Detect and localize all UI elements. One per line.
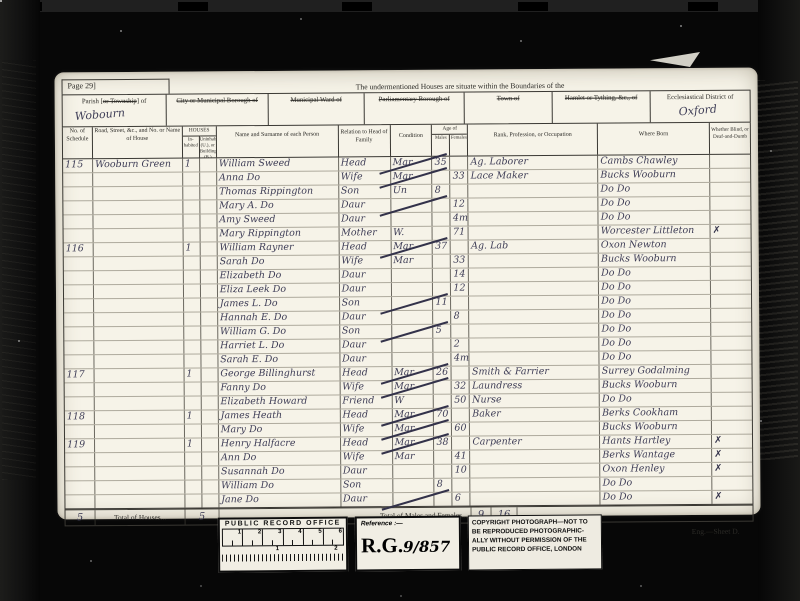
column-age-title: Age of: [432, 125, 467, 135]
cell-born: Do Do: [598, 183, 710, 197]
cell-uninhabited: [200, 228, 217, 241]
cell-occupation: [470, 310, 600, 324]
cell-blind: [711, 239, 751, 252]
cell-age-male: 38: [434, 437, 452, 450]
cell-relation: Daur: [341, 493, 393, 506]
cell-born: Do Do: [599, 281, 711, 295]
cell-blind: [710, 155, 750, 168]
ruler-number: 2: [334, 546, 337, 552]
cell-occupation: [469, 226, 599, 240]
cell-inhabited: [183, 186, 200, 199]
column-occupation: Rank, Profession, or Occupation: [468, 124, 598, 156]
cell-relation: Head: [340, 409, 392, 422]
pro-title: PUBLIC RECORD OFFICE: [222, 520, 344, 528]
cell-schedule: [65, 383, 95, 396]
cell-blind: ✗: [712, 491, 752, 504]
cell-schedule: [63, 187, 93, 200]
ruler-segment: 3: [263, 529, 283, 545]
cell-uninhabited: [201, 312, 218, 325]
cell-name: Amy Sweed: [217, 213, 339, 227]
cell-schedule: [65, 467, 95, 480]
paper-tear-mark: [650, 52, 700, 67]
cell-schedule: [64, 299, 94, 312]
cell-road: [94, 285, 184, 299]
cell-age-female: [451, 185, 469, 198]
cell-road: [94, 243, 184, 257]
cell-name: Fanny Do: [218, 381, 340, 395]
column-condition: Condition: [390, 125, 432, 156]
cell-condition: [392, 311, 434, 324]
column-age-males: Males: [432, 134, 450, 156]
cell-uninhabited: [202, 466, 219, 479]
column-uninhabited: Uninhabited (U.), or Building (B.): [200, 136, 216, 158]
census-sheet: Page 29] The undermentioned Houses are s…: [54, 68, 760, 520]
cell-condition: Mar: [392, 423, 434, 436]
district-band: Parish [or Township] of Wobourn City or …: [62, 90, 751, 128]
ruler-centimetres: 1 2: [222, 548, 344, 562]
cell-age-male: [433, 269, 451, 282]
cell-age-female: 10: [453, 465, 471, 478]
cell-blind: [712, 365, 752, 378]
cell-road: Wooburn Green: [93, 159, 183, 173]
cell-relation: Wife: [339, 255, 391, 268]
ruler-number: 1: [238, 529, 241, 535]
cell-condition: [392, 339, 434, 352]
cell-condition: Mar: [391, 255, 433, 268]
cell-road: [95, 411, 185, 425]
cell-occupation: [471, 492, 601, 506]
cell-born: Hants Hartley: [600, 435, 712, 449]
cell-inhabited: [183, 200, 200, 213]
district-town: Town of: [465, 92, 553, 124]
cell-schedule: [64, 271, 94, 284]
cell-inhabited: [184, 326, 201, 339]
cell-relation: Daur: [341, 465, 393, 478]
column-age-females: Females: [450, 134, 467, 156]
cell-condition: Mar: [393, 451, 435, 464]
cell-condition: [392, 353, 434, 366]
cell-blind: [712, 393, 752, 406]
district-ecclesiastical: Ecclesiastical District of Oxford: [651, 91, 750, 123]
column-houses-title: HOUSES: [183, 126, 216, 136]
cell-uninhabited: [201, 382, 218, 395]
cell-name: Ann Do: [219, 451, 341, 465]
cell-relation: Daur: [339, 269, 391, 282]
cell-age-female: 33: [451, 171, 469, 184]
cell-name: Thomas Rippington: [217, 185, 339, 199]
cell-age-female: 71: [451, 227, 469, 240]
cell-road: [94, 369, 184, 383]
cell-condition: Mar: [392, 409, 434, 422]
cell-inhabited: [185, 480, 202, 493]
cell-uninhabited: [201, 298, 218, 311]
ecclesiastical-handwritten-value: Oxford: [678, 103, 717, 119]
cell-blind: [710, 183, 750, 196]
cell-relation: Wife: [340, 423, 392, 436]
district-label: Ecclesiastical District of: [667, 94, 733, 101]
cell-born: Worcester Littleton: [599, 225, 711, 239]
cell-inhabited: [183, 228, 200, 241]
cell-occupation: [471, 450, 601, 464]
cell-age-female: 12: [451, 199, 469, 212]
column-name: Name and Surname of each Person: [217, 125, 339, 157]
cell-age-male: [433, 255, 451, 268]
cell-relation: Son: [340, 325, 392, 338]
ruler-number: 3: [278, 529, 281, 535]
cell-road: [95, 495, 185, 509]
cell-inhabited: 1: [184, 368, 201, 381]
cell-age-male: 5: [434, 325, 452, 338]
film-sprocket: [518, 2, 548, 11]
film-sprocket: [688, 2, 718, 11]
cell-relation: Head: [339, 157, 391, 170]
cell-uninhabited: [201, 340, 218, 353]
cell-road: [95, 481, 185, 495]
cell-born: Do Do: [600, 393, 712, 407]
cell-schedule: [64, 313, 94, 326]
cell-age-female: 60: [452, 423, 470, 436]
cell-blind: [712, 379, 752, 392]
cell-occupation: Baker: [470, 408, 600, 422]
cell-inhabited: [184, 354, 201, 367]
cell-schedule: 118: [65, 411, 95, 424]
cell-uninhabited: [201, 284, 218, 297]
cell-schedule: [65, 397, 95, 410]
cell-uninhabited: [202, 396, 219, 409]
cell-age-female: [451, 297, 469, 310]
cell-uninhabited: [200, 200, 217, 213]
cell-name: James L. Do: [218, 297, 340, 311]
cell-uninhabited: [201, 256, 218, 269]
cell-inhabited: [184, 382, 201, 395]
cell-condition: [393, 465, 435, 478]
cell-occupation: [470, 324, 600, 338]
cell-relation: Mother: [339, 227, 391, 240]
cell-occupation: Smith & Farrier: [470, 366, 600, 380]
copyright-line: PUBLIC RECORD OFFICE, LONDON: [472, 545, 598, 555]
cell-relation: Head: [341, 437, 393, 450]
ruler-number: 5: [318, 529, 321, 535]
column-header-row: No. of Schedule Road, Street, &c., and N…: [62, 123, 751, 160]
cell-relation: Daur: [340, 283, 392, 296]
cell-relation: Son: [341, 479, 393, 492]
cell-age-male: 11: [433, 297, 451, 310]
cell-name: Sarah E. Do: [218, 353, 340, 367]
cell-blind: [711, 351, 751, 364]
cell-name: Anna Do: [217, 171, 339, 185]
cell-condition: [392, 325, 434, 338]
cell-relation: Daur: [339, 199, 391, 212]
cell-uninhabited: [202, 452, 219, 465]
cell-road: [95, 383, 185, 397]
cell-inhabited: [185, 466, 202, 479]
cell-name: William Sweed: [217, 157, 339, 171]
cell-name: James Heath: [219, 409, 341, 423]
cell-occupation: [471, 478, 601, 492]
cell-schedule: [64, 327, 94, 340]
cell-relation: Son: [339, 185, 391, 198]
cell-born: Do Do: [601, 477, 713, 491]
cell-blind: [711, 281, 751, 294]
cell-occupation: Carpenter: [470, 436, 600, 450]
cell-name: Eliza Leek Do: [218, 283, 340, 297]
cell-road: [93, 229, 183, 243]
total-houses-value: 5: [186, 509, 220, 524]
cell-blind: [711, 337, 751, 350]
cell-schedule: 116: [64, 243, 94, 256]
cell-road: [93, 173, 183, 187]
district-label: Town of: [497, 95, 520, 102]
cell-condition: Mar: [392, 367, 434, 380]
cell-inhabited: [184, 270, 201, 283]
cell-blind: ✗: [712, 449, 752, 462]
cell-name: William Rayner: [217, 241, 339, 255]
cell-born: Oxon Newton: [599, 239, 711, 253]
cell-uninhabited: [201, 354, 218, 367]
cell-age-female: 33: [451, 255, 469, 268]
ruler-segment: 4: [283, 529, 303, 545]
column-inhabited: In-habited: [183, 136, 200, 158]
column-relation: Relation to Head of Family: [338, 125, 390, 156]
cell-name: Jane Do: [219, 493, 341, 507]
cell-blind: [710, 211, 750, 224]
district-label: City or Municipal Borough of: [176, 97, 258, 105]
cell-born: Do Do: [599, 323, 711, 337]
cell-born: Do Do: [599, 309, 711, 323]
cell-uninhabited: [202, 438, 219, 451]
cell-occupation: [469, 198, 599, 212]
cell-name: Mary Rippington: [217, 227, 339, 241]
district-label: Municipal Ward of: [290, 96, 341, 103]
cell-born: Do Do: [601, 491, 713, 505]
cell-occupation: [470, 338, 600, 352]
ruler-segment: 2: [243, 529, 263, 545]
cell-occupation: Laundress: [470, 380, 600, 394]
cell-uninhabited: [202, 410, 219, 423]
cell-inhabited: [184, 312, 201, 325]
cell-age-female: 14: [451, 269, 469, 282]
cell-blind: [711, 323, 751, 336]
cell-age-female: 32: [452, 381, 470, 394]
cell-name: Harriet L. Do: [218, 339, 340, 353]
cell-age-female: [450, 157, 468, 170]
district-label: Hamlet or Tything, &c., of: [565, 94, 638, 102]
cell-road: [93, 187, 183, 201]
cell-relation: Daur: [340, 311, 392, 324]
cell-schedule: [65, 495, 95, 508]
cell-age-female: 41: [453, 451, 471, 464]
cell-relation: Son: [340, 297, 392, 310]
cell-inhabited: [185, 396, 202, 409]
cell-occupation: [470, 422, 600, 436]
cell-road: [94, 327, 184, 341]
total-houses-label: Total of Houses...: [96, 510, 186, 526]
cell-born: Berks Wantage: [600, 449, 712, 463]
film-sprocket: [178, 2, 208, 11]
cell-road: [95, 425, 185, 439]
cell-name: Susannah Do: [219, 465, 341, 479]
district-parliamentary-borough: Parliamentary Borough of: [365, 93, 465, 125]
column-road: Road, Street, &c., and No. or Name of Ho…: [93, 127, 183, 159]
cell-blind: ✗: [712, 435, 752, 448]
cell-road: [94, 271, 184, 285]
cell-inhabited: [184, 284, 201, 297]
cell-uninhabited: [202, 494, 219, 507]
copyright-notice: COPYRIGHT PHOTOGRAPH—NOT TO BE REPRODUCE…: [468, 514, 602, 570]
cell-relation: Wife: [341, 451, 393, 464]
cell-road: [93, 201, 183, 215]
cell-occupation: Nurse: [470, 394, 600, 408]
column-age: Age of Males Females: [432, 125, 468, 156]
cell-road: [94, 313, 184, 327]
cell-born: Do Do: [599, 211, 711, 225]
cell-inhabited: 1: [183, 158, 200, 171]
cell-name: Hannah E. Do: [218, 311, 340, 325]
cell-age-male: [434, 339, 452, 352]
cell-age-female: 8: [452, 311, 470, 324]
cell-inhabited: 1: [185, 410, 202, 423]
cell-inhabited: [184, 256, 201, 269]
cell-condition: [392, 297, 434, 310]
cell-born: Bucks Wooburn: [598, 169, 710, 183]
cell-occupation: [469, 268, 599, 282]
cell-age-male: [433, 171, 451, 184]
cell-schedule: [63, 215, 93, 228]
cell-schedule: [64, 257, 94, 270]
column-schedule: No. of Schedule: [63, 127, 93, 158]
cell-uninhabited: [202, 480, 219, 493]
cell-age-female: [453, 479, 471, 492]
cell-inhabited: 1: [185, 438, 202, 451]
cell-inhabited: [185, 452, 202, 465]
census-rows: 115Wooburn Green1William SweedHeadMar35A…: [62, 155, 753, 510]
cell-name: Sarah Do: [218, 255, 340, 269]
cell-condition: W: [392, 395, 434, 408]
cell-uninhabited: [200, 186, 217, 199]
cell-born: Surrey Godalming: [600, 365, 712, 379]
cell-name: George Billinghurst: [218, 367, 340, 381]
cell-blind: [710, 169, 750, 182]
cell-condition: [393, 479, 435, 492]
cell-condition: Mar: [391, 241, 433, 254]
cell-condition: [391, 199, 433, 212]
cell-name: William Do: [219, 479, 341, 493]
cell-age-female: 4m: [451, 213, 469, 226]
district-hamlet: Hamlet or Tything, &c., of: [553, 91, 651, 123]
cell-born: Bucks Wooburn: [599, 253, 711, 267]
cell-occupation: Ag. Laborer: [468, 156, 598, 170]
cell-schedule: 119: [65, 439, 95, 452]
cell-born: Do Do: [599, 197, 711, 211]
cell-blind: ✗: [712, 463, 752, 476]
cell-age-female: 12: [451, 283, 469, 296]
cell-born: Do Do: [599, 267, 711, 281]
film-sprocket: [342, 2, 372, 11]
cell-road: [94, 299, 184, 313]
page-number: Page 29]: [61, 79, 169, 95]
district-parish: Parish [or Township] of Wobourn: [63, 95, 167, 127]
cell-schedule: [64, 341, 94, 354]
cell-inhabited: [184, 340, 201, 353]
district-label: ] of: [137, 98, 147, 105]
cell-age-female: [452, 437, 470, 450]
cell-occupation: [469, 212, 599, 226]
cell-occupation: [469, 254, 599, 268]
cell-uninhabited: [202, 424, 219, 437]
cell-condition: Mar: [391, 157, 433, 170]
cell-age-male: [435, 451, 453, 464]
cell-occupation: [471, 464, 601, 478]
reference-piece: 9/857: [403, 538, 450, 556]
cell-uninhabited: [200, 158, 217, 171]
cell-occupation: Lace Maker: [469, 170, 599, 184]
cell-road: [95, 467, 185, 481]
cell-road: [95, 439, 185, 453]
cell-age-male: 37: [433, 241, 451, 254]
cell-born: Do Do: [600, 337, 712, 351]
cell-age-female: [451, 241, 469, 254]
cell-age-male: [435, 493, 453, 506]
cell-inhabited: [183, 214, 200, 227]
district-label-struck: or Township: [103, 98, 137, 105]
cell-occupation: [469, 184, 599, 198]
cell-inhabited: [184, 298, 201, 311]
column-houses: HOUSES In-habited Uninhabited (U.), or B…: [183, 126, 217, 157]
cell-age-female: 6: [453, 493, 471, 506]
cell-schedule: [65, 481, 95, 494]
pro-ruler-box: PUBLIC RECORD OFFICE 1 2 3 4 5 6 1 2: [218, 517, 348, 573]
cell-relation: Wife: [340, 381, 392, 394]
cell-road: [94, 257, 184, 271]
cell-born: Berks Cookham: [600, 407, 712, 421]
cell-schedule: [63, 201, 93, 214]
cell-relation: Daur: [340, 339, 392, 352]
cell-uninhabited: [200, 242, 217, 255]
cell-uninhabited: [201, 270, 218, 283]
cell-name: Elizabeth Howard: [218, 395, 340, 409]
cell-blind: [712, 421, 752, 434]
cell-schedule: 115: [63, 159, 93, 172]
cell-relation: Head: [339, 241, 391, 254]
cell-age-female: [452, 409, 470, 422]
cell-age-male: [434, 381, 452, 394]
cell-condition: [391, 269, 433, 282]
cell-age-female: 50: [452, 395, 470, 408]
cell-road: [95, 397, 185, 411]
cell-occupation: [469, 296, 599, 310]
cell-blind: [711, 253, 751, 266]
column-where-born: Where Born: [598, 123, 710, 155]
cell-condition: [393, 493, 435, 506]
cell-condition: [391, 283, 433, 296]
parish-handwritten-value: Wobourn: [74, 106, 125, 123]
cell-age-male: [433, 213, 451, 226]
reference-series: R.G.: [361, 533, 403, 557]
cell-road: [93, 215, 183, 229]
reference-box: Reference :— R.G.9/857: [355, 516, 461, 572]
cell-age-male: [433, 199, 451, 212]
ruler-number: 2: [258, 529, 261, 535]
cell-name: William G. Do: [218, 325, 340, 339]
cell-condition: [391, 213, 433, 226]
cell-age-female: [452, 367, 470, 380]
cell-name: Henry Halfacre: [219, 437, 341, 451]
cell-age-male: [435, 465, 453, 478]
cell-inhabited: 1: [183, 242, 200, 255]
cell-condition: Mar: [391, 171, 433, 184]
cell-blind: [711, 309, 751, 322]
cell-condition: Mar: [393, 437, 435, 450]
